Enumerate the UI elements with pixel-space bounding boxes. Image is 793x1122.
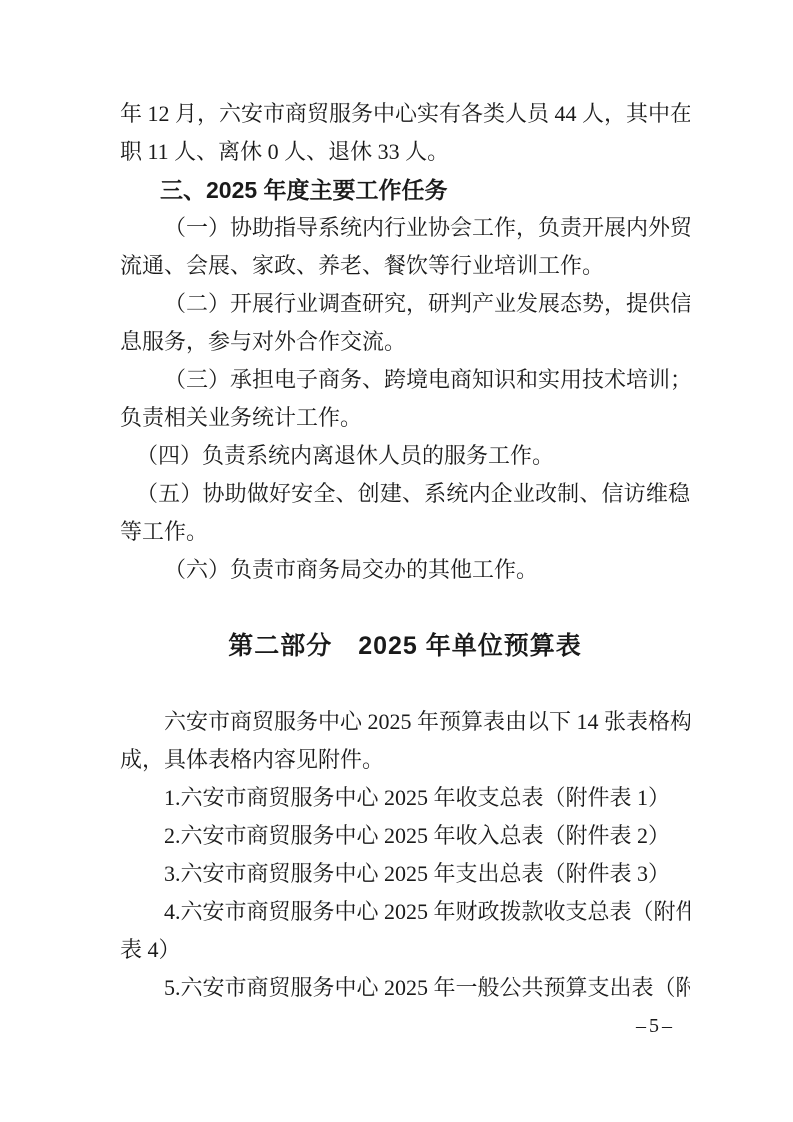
document-page: 年 12 月，六安市商贸服务中心实有各类人员 44 人，其中在职 11 人、离休…: [0, 0, 793, 1122]
document-body: 年 12 月，六安市商贸服务中心实有各类人员 44 人，其中在职 11 人、离休…: [120, 95, 690, 1007]
paragraph-line: 2.六安市商贸服务中心 2025 年收入总表（附件表 2）: [120, 817, 690, 855]
blank-line: [120, 665, 690, 703]
paragraph-line: 5.六安市商贸服务中心 2025 年一般公共预算支出表（附: [120, 969, 690, 1007]
paragraph-line: 六安市商贸服务中心 2025 年预算表由以下 14 张表格构: [120, 703, 690, 741]
paragraph-line: （三）承担电子商务、跨境电商知识和实用技术培训；: [120, 361, 690, 399]
paragraph-line: 成，具体表格内容见附件。: [120, 741, 690, 779]
blank-line: [120, 589, 690, 627]
page-number: –5–: [636, 1007, 675, 1045]
part-title: 第二部分 2025 年单位预算表: [120, 627, 690, 665]
paragraph-line: 4.六安市商贸服务中心 2025 年财政拨款收支总表（附件: [120, 893, 690, 931]
paragraph-line: 流通、会展、家政、养老、餐饮等行业培训工作。: [120, 247, 690, 285]
paragraph-line: （五）协助做好安全、创建、系统内企业改制、信访维稳: [120, 475, 690, 513]
paragraph-line: 职 11 人、离休 0 人、退休 33 人。: [120, 133, 690, 171]
paragraph-line: 负责相关业务统计工作。: [120, 399, 690, 437]
section-heading: 三、2025 年度主要工作任务: [120, 171, 690, 209]
paragraph-line: （一）协助指导系统内行业协会工作，负责开展内外贸: [120, 209, 690, 247]
paragraph-line: 等工作。: [120, 513, 690, 551]
paragraph-line: 3.六安市商贸服务中心 2025 年支出总表（附件表 3）: [120, 855, 690, 893]
paragraph-line: 表 4）: [120, 931, 690, 969]
paragraph-line: （六）负责市商务局交办的其他工作。: [120, 551, 690, 589]
paragraph-line: 1.六安市商贸服务中心 2025 年收支总表（附件表 1）: [120, 779, 690, 817]
paragraph-line: （四）负责系统内离退休人员的服务工作。: [120, 437, 690, 475]
paragraph-line: 息服务，参与对外合作交流。: [120, 323, 690, 361]
paragraph-line: （二）开展行业调查研究，研判产业发展态势，提供信: [120, 285, 690, 323]
paragraph-line: 年 12 月，六安市商贸服务中心实有各类人员 44 人，其中在: [120, 95, 690, 133]
